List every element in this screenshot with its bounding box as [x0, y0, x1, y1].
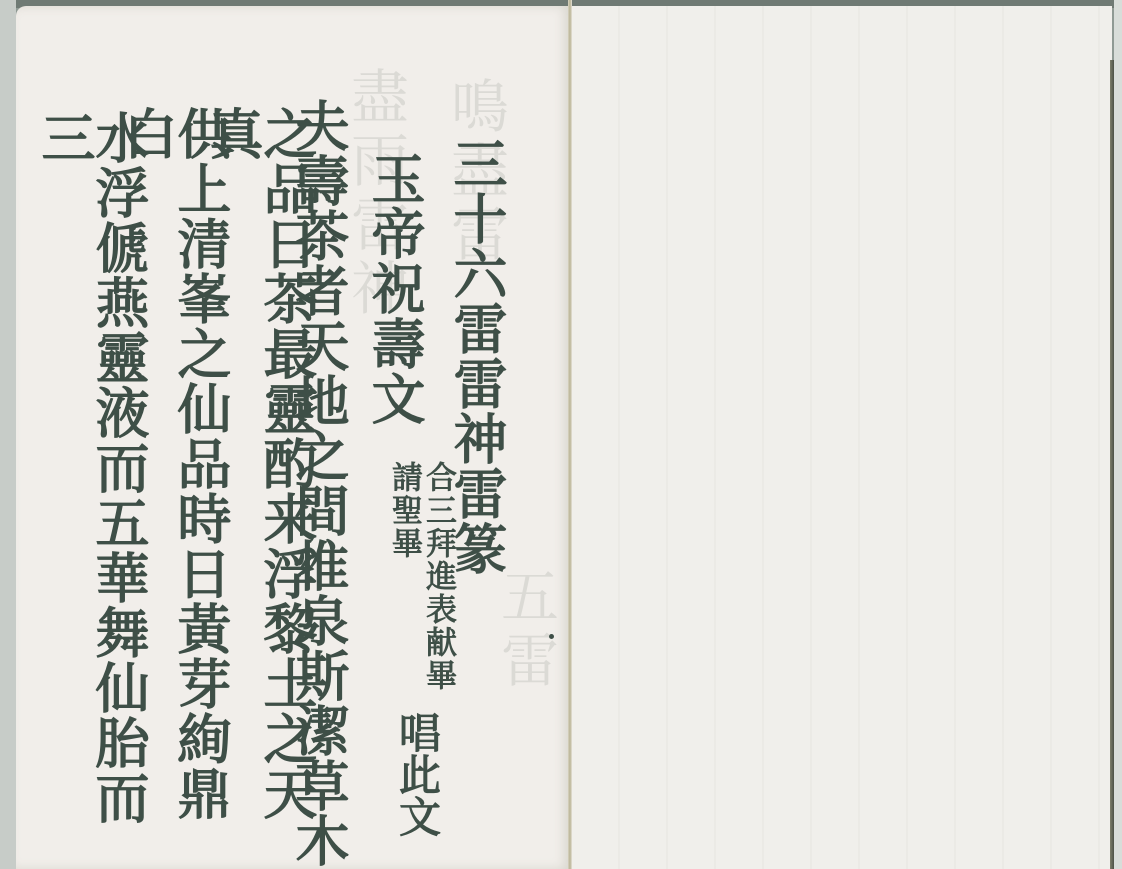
- annotation-left: 請聖畢: [388, 461, 419, 560]
- punctuation-dot: [549, 634, 554, 639]
- annotation-chant: 唱此文: [396, 711, 438, 837]
- show-through-text: 五雷: [496, 566, 554, 694]
- column-body-4: 水浮傂燕靈液而五華舞仙胎而三: [38, 110, 146, 869]
- right-page-blank: [572, 6, 1112, 869]
- scan-right-margin: [1114, 0, 1122, 869]
- annotation-right: 合三拜進表献畢: [422, 461, 453, 692]
- scan-left-margin: [0, 0, 16, 869]
- left-page: 鳴盡雷 盡雨雷神 五雷 三十六雷雷神雷篆 玉帝祝壽文 合三拜進表献畢 請聖畢 唱…: [16, 6, 570, 869]
- column-heading: 三十六雷雷神雷篆: [450, 136, 504, 576]
- column-title: 玉帝祝壽文: [368, 151, 422, 426]
